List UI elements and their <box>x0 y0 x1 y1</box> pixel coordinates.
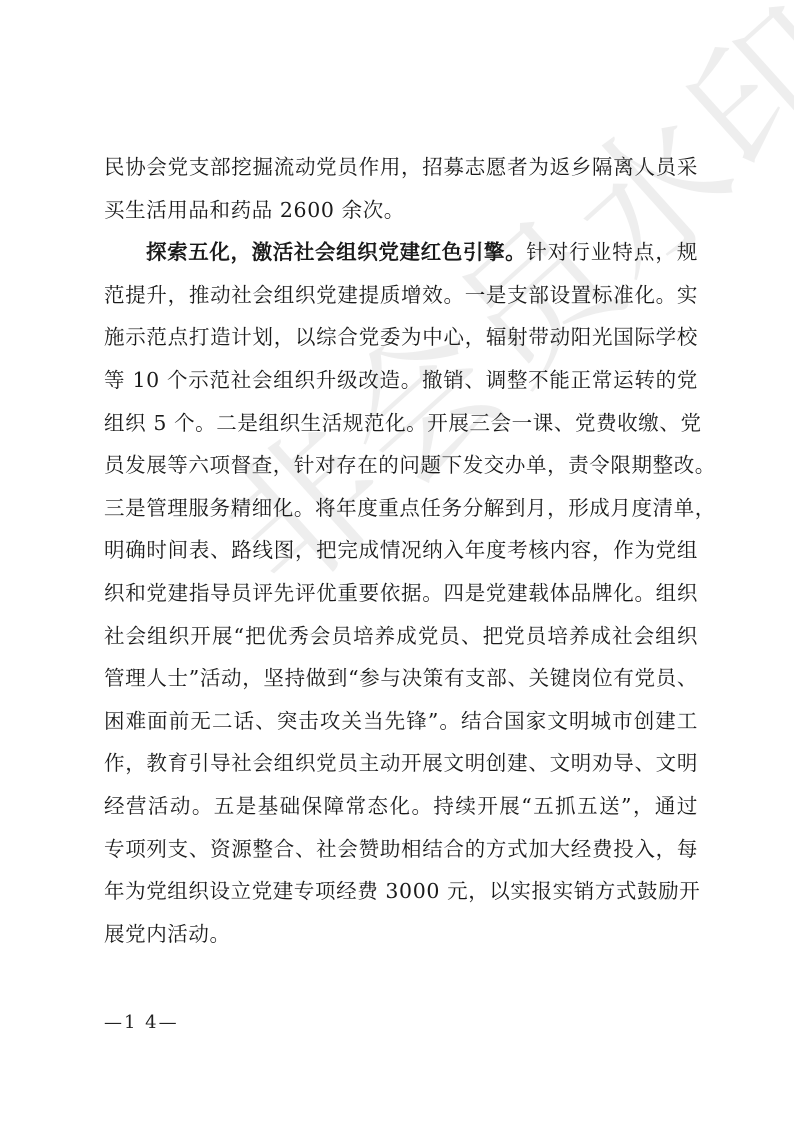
text-line: 组织 5 个。二是组织生活规范化。开展三会一课、党费收缴、党 <box>104 402 698 445</box>
body-text: 民协会党支部挖掘流动党员作用，招募志愿者为返乡隔离人员采 买生活用品和药品 26… <box>104 146 698 955</box>
text-line: 等 10 个示范社会组织升级改造。撤销、调整不能正常运转的党 <box>104 359 698 402</box>
text-line: 探索五化，激活社会组织党建红色引擎。针对行业特点，规 <box>104 231 698 274</box>
paragraph-1: 民协会党支部挖掘流动党员作用，招募志愿者为返乡隔离人员采 买生活用品和药品 26… <box>104 146 698 231</box>
text-line: 明确时间表、路线图，把完成情况纳入年度考核内容，作为党组 <box>104 529 698 572</box>
page-number: —1 4— <box>104 1010 179 1036</box>
text-line: 展党内活动。 <box>104 913 698 956</box>
text-line: 专项列支、资源整合、社会赞助相结合的方式加大经费投入，每 <box>104 828 698 871</box>
paragraph-heading: 探索五化，激活社会组织党建红色引擎。 <box>146 240 526 264</box>
text-line: 三是管理服务精细化。将年度重点任务分解到月，形成月度清单， <box>104 487 698 530</box>
text-fragment: 针对行业特点，规 <box>526 240 698 264</box>
text-line: 作，教育引导社会组织党员主动开展文明创建、文明劝导、文明 <box>104 742 698 785</box>
text-line: 民协会党支部挖掘流动党员作用，招募志愿者为返乡隔离人员采 <box>104 146 698 189</box>
text-line: 年为党组织设立党建专项经费 3000 元，以实报实销方式鼓励开 <box>104 870 698 913</box>
text-line: 困难面前无二话、突击攻关当先锋”。结合国家文明城市创建工 <box>104 700 698 743</box>
text-line: 范提升，推动社会组织党建提质增效。一是支部设置标准化。实 <box>104 274 698 317</box>
document-page: 非会员水印 民协会党支部挖掘流动党员作用，招募志愿者为返乡隔离人员采 买生活用品… <box>0 0 794 1123</box>
text-line: 社会组织开展“把优秀会员培养成党员、把党员培养成社会组织 <box>104 615 698 658</box>
text-line: 买生活用品和药品 2600 余次。 <box>104 189 698 232</box>
text-line: 施示范点打造计划，以综合党委为中心，辐射带动阳光国际学校 <box>104 316 698 359</box>
text-line: 管理人士”活动，坚持做到“参与决策有支部、关键岗位有党员、 <box>104 657 698 700</box>
paragraph-2: 探索五化，激活社会组织党建红色引擎。针对行业特点，规 范提升，推动社会组织党建提… <box>104 231 698 955</box>
text-line: 织和党建指导员评先评优重要依据。四是党建载体品牌化。组织 <box>104 572 698 615</box>
text-line: 员发展等六项督查，针对存在的问题下发交办单，责令限期整改。 <box>104 444 698 487</box>
text-line: 经营活动。五是基础保障常态化。持续开展“五抓五送”，通过 <box>104 785 698 828</box>
